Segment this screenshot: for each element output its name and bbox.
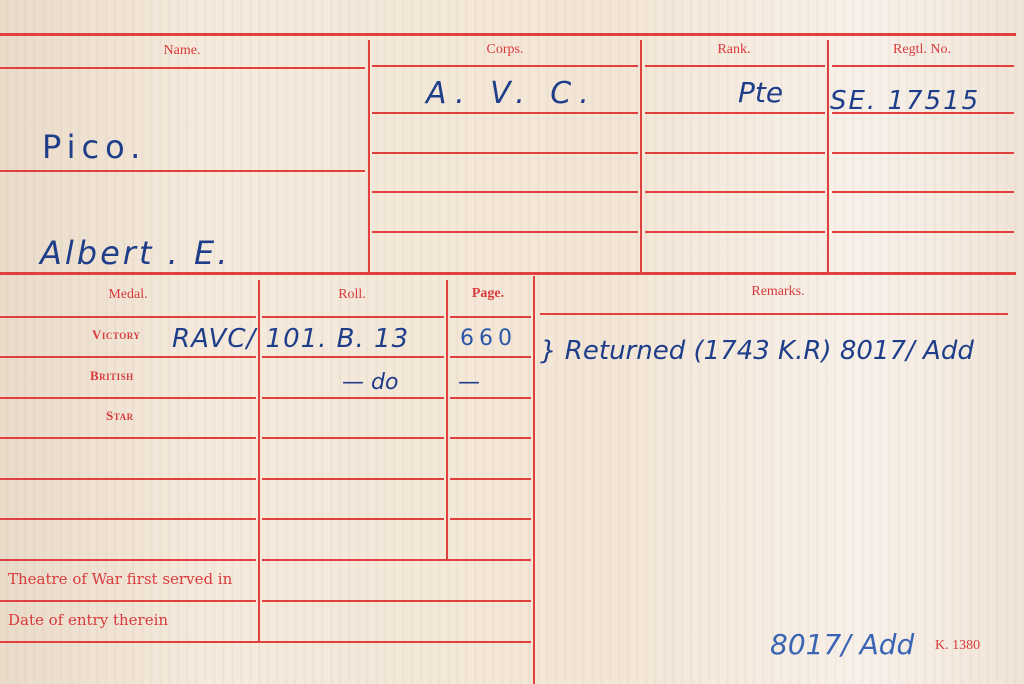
rank-rule — [645, 191, 825, 193]
medal-row-rule — [0, 478, 256, 480]
theatre-row-rule — [262, 600, 531, 602]
header-name: Name. — [164, 43, 201, 59]
header-rank: Rank. — [717, 42, 750, 58]
page-row-rule — [450, 356, 531, 358]
surname-entry: Pico. — [42, 128, 146, 166]
remarks-entry: } Returned (1743 K.R) 8017/ Add — [540, 336, 974, 366]
divider-roll-page — [446, 280, 448, 560]
rank-rule — [645, 231, 825, 233]
header-underline-rank — [645, 65, 825, 67]
date-row-rule — [0, 641, 531, 643]
roll-row-rule — [262, 518, 444, 520]
name-rule-1 — [0, 170, 365, 172]
roll-row-rule — [262, 478, 444, 480]
medal-label-victory: Victory — [92, 327, 140, 343]
corps-rule — [372, 112, 638, 114]
roll-row-rule — [262, 397, 444, 399]
regtl-no-entry: SE. 17515 — [830, 86, 980, 116]
header-underline-name — [0, 67, 365, 69]
header-page: Page. — [472, 286, 504, 302]
divider-rank-regtl — [827, 40, 829, 272]
regtl-rule — [832, 152, 1014, 154]
top-border-rule — [0, 33, 1016, 36]
roll-row-rule — [262, 316, 444, 318]
rank-entry: Pte — [738, 76, 783, 109]
page-row-rule — [450, 397, 531, 399]
medal-row-rule — [0, 316, 256, 318]
page-row-rule — [450, 518, 531, 520]
forenames-entry: Albert . E. — [40, 234, 230, 272]
header-underline-corps — [372, 65, 638, 67]
british-page-entry: — — [458, 370, 480, 395]
header-roll: Roll. — [338, 287, 366, 303]
victory-roll-entry: RAVC/ 101. B. 13 — [172, 324, 409, 354]
medal-row-rule — [0, 356, 256, 358]
theatre-row-rule — [0, 600, 256, 602]
victory-page-entry: 660 — [460, 326, 517, 351]
header-remarks: Remarks. — [751, 284, 804, 300]
divider-corps-rank — [640, 40, 642, 272]
roll-row-rule — [262, 559, 531, 561]
medal-label-british: British — [90, 368, 134, 384]
rank-rule — [645, 152, 825, 154]
roll-row-rule — [262, 356, 444, 358]
page-row-rule — [450, 478, 531, 480]
medal-label-star: Star — [106, 408, 134, 424]
header-medal: Medal. — [108, 287, 147, 303]
page-row-rule — [450, 437, 531, 439]
section-divider-rule — [0, 272, 1016, 275]
roll-row-rule — [262, 437, 444, 439]
label-theatre-of-war: Theatre of War first served in — [8, 570, 232, 588]
corps-rule — [372, 231, 638, 233]
label-date-of-entry: Date of entry therein — [8, 611, 168, 629]
rank-rule — [645, 112, 825, 114]
regtl-rule — [832, 191, 1014, 193]
header-corps: Corps. — [487, 42, 524, 58]
regtl-rule — [832, 231, 1014, 233]
page-row-rule — [450, 316, 531, 318]
remarks-header-rule — [540, 313, 1008, 315]
british-roll-entry: — do — [342, 370, 398, 395]
footer-note-entry: 8017/ Add — [770, 628, 914, 661]
medal-row-rule — [0, 559, 256, 561]
divider-page-remarks — [533, 276, 535, 684]
medal-row-rule — [0, 518, 256, 520]
form-number: K. 1380 — [935, 638, 980, 654]
corps-rule — [372, 152, 638, 154]
header-regtl-no: Regtl. No. — [893, 42, 951, 58]
corps-entry: A. V. C. — [426, 76, 597, 111]
corps-rule — [372, 191, 638, 193]
divider-name-corps — [368, 40, 370, 272]
medal-row-rule — [0, 397, 256, 399]
medal-row-rule — [0, 437, 256, 439]
header-underline-regtl — [832, 65, 1014, 67]
